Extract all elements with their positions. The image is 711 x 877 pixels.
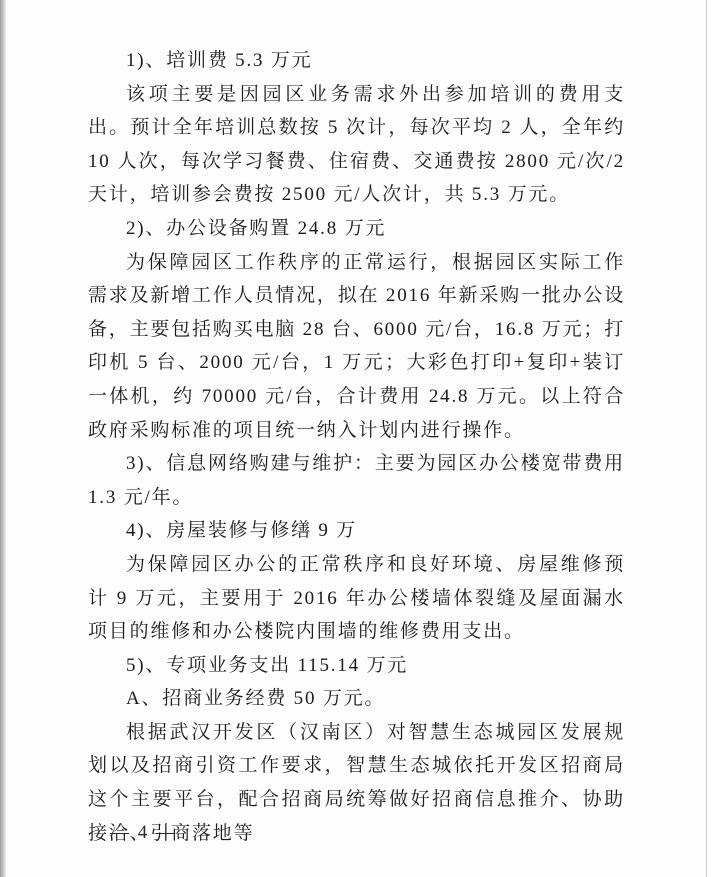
- paragraph-training-fee-detail: 该项主要是因园区业务需求外出参加培训的费用支出。预计全年培训总数按 5 次计，每…: [88, 78, 625, 212]
- document-body: 1)、培训费 5.3 万元 该项主要是因园区业务需求外出参加培训的费用支出。预计…: [88, 44, 625, 850]
- paragraph-heading-network-maintenance: 3)、信息网络购建与维护：主要为园区办公楼宽带费用 1.3 元/年。: [88, 447, 625, 514]
- paragraph-heading-training-fee: 1)、培训费 5.3 万元: [88, 44, 625, 78]
- paragraph-heading-investment-funds: A、招商业务经费 50 万元。: [88, 682, 625, 716]
- paragraph-heading-office-equipment: 2)、办公设备购置 24.8 万元: [88, 212, 625, 246]
- scan-edge-right: [706, 0, 707, 877]
- paragraph-house-renovation-detail: 为保障园区办公的正常秩序和良好环境、房屋维修预计 9 万元，主要用于 2016 …: [88, 548, 625, 649]
- paragraph-heading-special-business: 5)、专项业务支出 115.14 万元: [88, 649, 625, 683]
- paragraph-heading-house-renovation: 4)、房屋装修与修缮 9 万: [88, 514, 625, 548]
- paragraph-office-equipment-detail: 为保障园区工作秩序的正常运行，根据园区实际工作需求及新增工作人员情况，拟在 20…: [88, 246, 625, 448]
- scan-edge-left: [0, 0, 6, 877]
- page-number: — 4 —: [110, 822, 177, 844]
